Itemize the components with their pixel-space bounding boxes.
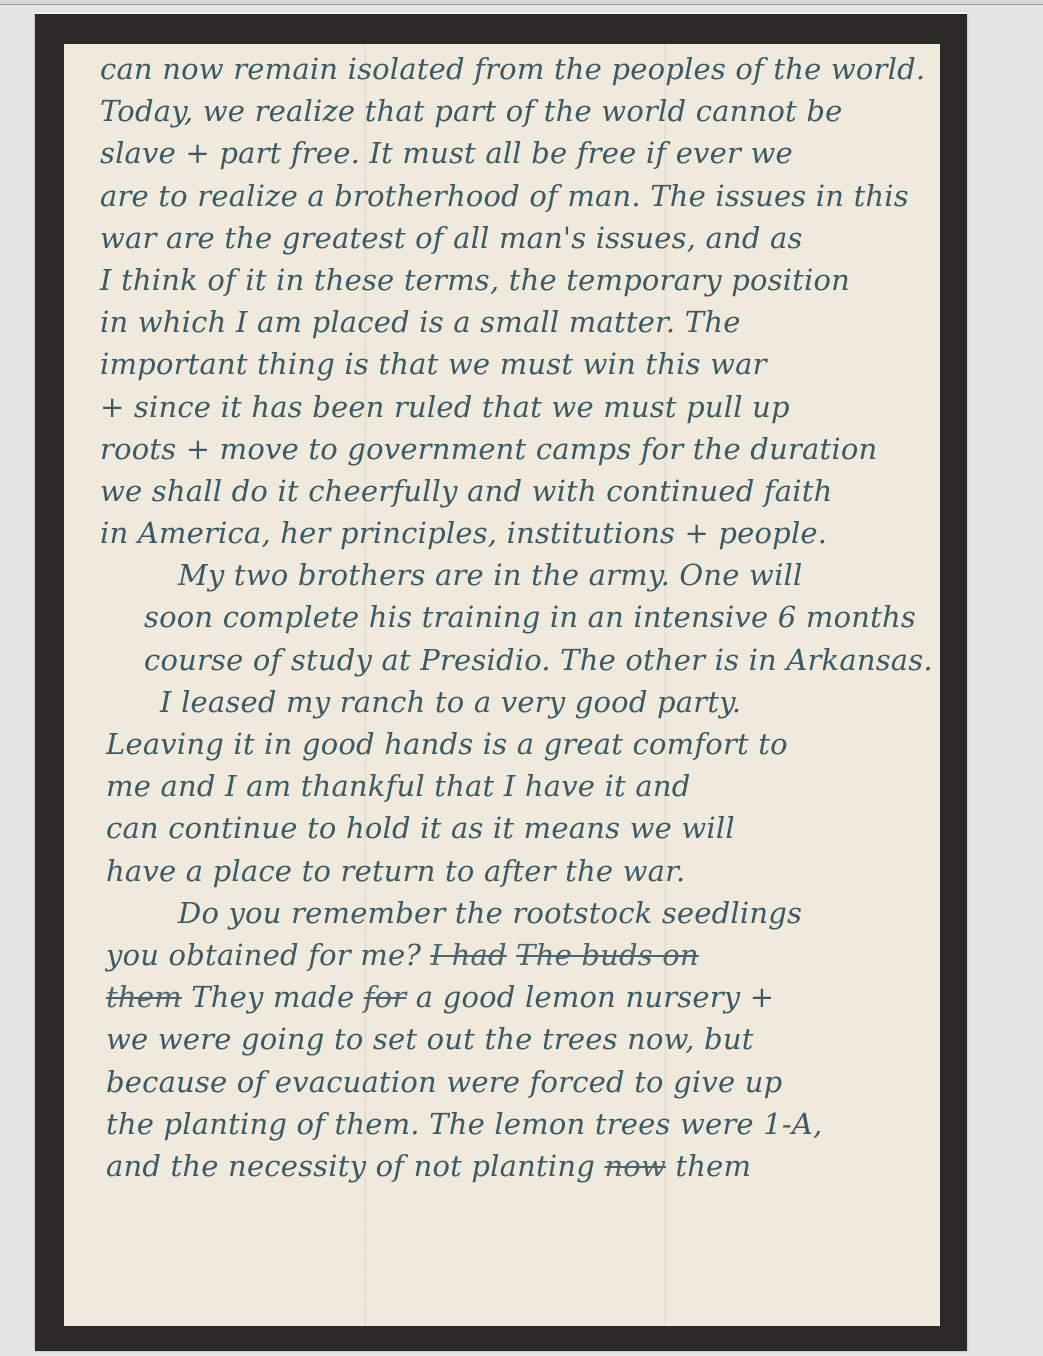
letter-line: I think of it in these terms, the tempor… <box>100 259 930 301</box>
letter-line: My two brothers are in the army. One wil… <box>100 554 930 596</box>
letter-line: in which I am placed is a small matter. … <box>100 301 930 343</box>
letter-line: war are the greatest of all man's issues… <box>100 217 930 259</box>
mounting-board: can now remain isolated from the peoples… <box>35 13 967 1351</box>
letter-line: me and I am thankful that I have it and <box>100 765 930 807</box>
letter-line: the planting of them. The lemon trees we… <box>100 1103 930 1145</box>
letter-line: slave + part free. It must all be free i… <box>100 132 930 174</box>
line-text: have a place to return to after the war. <box>106 854 685 888</box>
line-text: soon complete his training in an intensi… <box>144 600 916 634</box>
document-viewer: can now remain isolated from the peoples… <box>0 0 1043 1356</box>
line-text: a good lemon nursery + <box>406 980 774 1014</box>
line-text: Today, we realize that part of the world… <box>100 94 842 128</box>
line-text: I think of it in these terms, the tempor… <box>100 263 850 297</box>
letter-line: important thing is that we must win this… <box>100 343 930 385</box>
letter-line: we were going to set out the trees now, … <box>100 1018 930 1060</box>
struck-out-text: The buds on <box>516 938 699 972</box>
letter-line: are to realize a brotherhood of man. The… <box>100 175 930 217</box>
letter-line: + since it has been ruled that we must p… <box>100 386 930 428</box>
letter-line: Leaving it in good hands is a great comf… <box>100 723 930 765</box>
line-text: can now remain isolated from the peoples… <box>100 52 925 86</box>
letter-line: have a place to return to after the war. <box>100 850 930 892</box>
line-text: Leaving it in good hands is a great comf… <box>106 727 788 761</box>
line-text: My two brothers are in the army. One wil… <box>178 558 803 592</box>
struck-out-text: I had <box>431 938 507 972</box>
line-text <box>507 938 516 972</box>
line-text: you obtained for me? <box>106 938 431 972</box>
viewer-top-border <box>0 0 1043 5</box>
line-text: can continue to hold it as it means we w… <box>106 811 735 845</box>
line-text: we shall do it cheerfully and with conti… <box>100 474 833 508</box>
line-text: Do you remember the rootstock seedlings <box>178 896 802 930</box>
line-text: them <box>666 1149 751 1183</box>
letter-line: Today, we realize that part of the world… <box>100 90 930 132</box>
struck-out-text: them <box>106 980 182 1014</box>
letter-line: because of evacuation were forced to giv… <box>100 1061 930 1103</box>
line-text: I leased my ranch to a very good party. <box>160 685 741 719</box>
line-text: in America, her principles, institutions… <box>100 516 827 550</box>
letter-page: can now remain isolated from the peoples… <box>64 44 940 1326</box>
line-text: slave + part free. It must all be free i… <box>100 136 793 170</box>
line-text: war are the greatest of all man's issues… <box>100 221 803 255</box>
line-text: and the necessity of not planting <box>106 1149 604 1183</box>
line-text: the planting of them. The lemon trees we… <box>106 1107 822 1141</box>
letter-line: can continue to hold it as it means we w… <box>100 807 930 849</box>
struck-out-text: now <box>604 1149 666 1183</box>
line-text: important thing is that we must win this… <box>100 347 767 381</box>
letter-line: you obtained for me? I had The buds on <box>100 934 930 976</box>
letter-line: can now remain isolated from the peoples… <box>100 48 930 90</box>
line-text: in which I am placed is a small matter. … <box>100 305 741 339</box>
letter-line: in America, her principles, institutions… <box>100 512 930 554</box>
letter-line: them They made for a good lemon nursery … <box>100 976 930 1018</box>
letter-line: I leased my ranch to a very good party. <box>100 681 930 723</box>
letter-line: soon complete his training in an intensi… <box>100 596 930 638</box>
line-text: course of study at Presidio. The other i… <box>144 643 933 677</box>
line-text: roots + move to government camps for the… <box>100 432 877 466</box>
struck-out-text: for <box>364 980 407 1014</box>
line-text: me and I am thankful that I have it and <box>106 769 690 803</box>
letter-line: we shall do it cheerfully and with conti… <box>100 470 930 512</box>
letter-line: and the necessity of not planting now th… <box>100 1145 930 1187</box>
letter-line: Do you remember the rootstock seedlings <box>100 892 930 934</box>
line-text: because of evacuation were forced to giv… <box>106 1065 782 1099</box>
line-text: are to realize a brotherhood of man. The… <box>100 179 909 213</box>
letter-line: course of study at Presidio. The other i… <box>100 639 930 681</box>
line-text: They made <box>182 980 364 1014</box>
line-text: + since it has been ruled that we must p… <box>100 390 790 424</box>
handwritten-letter-text: can now remain isolated from the peoples… <box>100 48 930 1187</box>
line-text: we were going to set out the trees now, … <box>106 1022 754 1056</box>
letter-line: roots + move to government camps for the… <box>100 428 930 470</box>
